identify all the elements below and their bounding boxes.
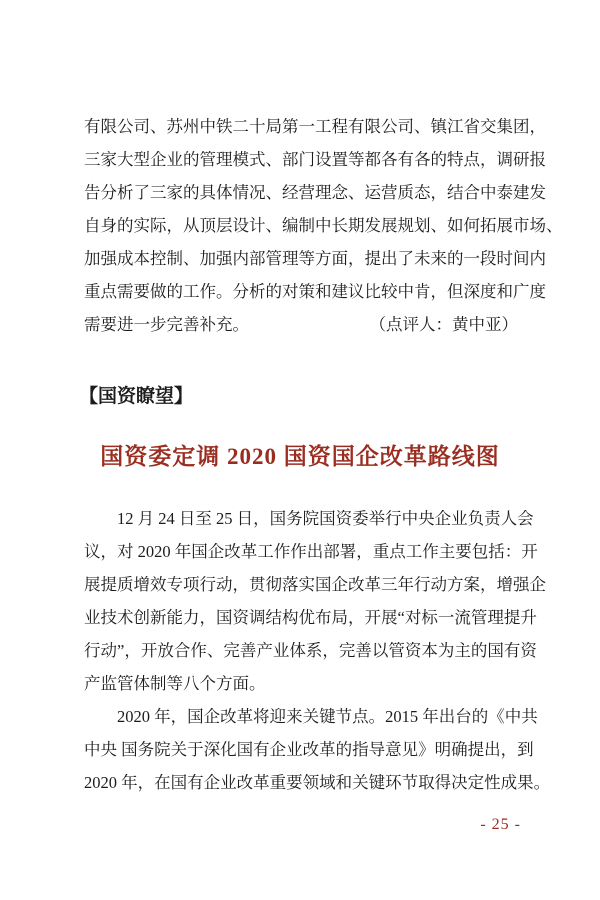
page-number: - 25 - — [480, 813, 521, 837]
text-line: 告分析了三家的具体情况、经营理念、运营质态，结合中泰建发 — [84, 176, 518, 209]
text-line: 自身的实际，从顶层设计、编制中长期发展规划、如何拓展市场、 — [84, 209, 518, 242]
text-line: 中央 国务院关于深化国有企业改革的指导意见》明确提出，到 — [84, 733, 518, 766]
text-line: 加强成本控制、加强内部管理等方面，提出了未来的一段时间内 — [84, 242, 518, 275]
text-line: 重点需要做的工作。分析的对策和建议比较中肯，但深度和广度 — [84, 275, 518, 308]
continuation-last-line-text: 需要进一步完善补充。 — [84, 308, 249, 341]
continuation-last-line: 需要进一步完善补充。 （点评人：黄中亚） — [84, 308, 518, 341]
document-page: 有限公司、苏州中铁二十局第一工程有限公司、镇江省交集团，三家大型企业的管理模式、… — [0, 0, 600, 900]
text-line: 12 月 24 日至 25 日，国务院国资委举行中央企业负责人会 — [84, 502, 518, 535]
continuation-paragraph-lines: 有限公司、苏州中铁二十局第一工程有限公司、镇江省交集团，三家大型企业的管理模式、… — [84, 110, 518, 308]
text-line: 产监管体制等八个方面。 — [84, 667, 518, 700]
text-line: 展提质增效专项行动，贯彻落实国企改革三年行动方案，增强企 — [84, 568, 518, 601]
text-line: 三家大型企业的管理模式、部门设置等都各有各的特点，调研报 — [84, 143, 518, 176]
text-line: 业技术创新能力，国资调结构优布局，开展“对标一流管理提升 — [84, 601, 518, 634]
article-paragraph-2: 2020 年，国企改革将迎来关键节点。2015 年出台的《中共中央 国务院关于深… — [84, 700, 518, 799]
text-line: 议，对 2020 年国企改革工作作出部署，重点工作主要包括：开 — [84, 535, 518, 568]
continuation-paragraph: 有限公司、苏州中铁二十局第一工程有限公司、镇江省交集团，三家大型企业的管理模式、… — [84, 110, 518, 341]
text-line: 2020 年，国企改革将迎来关键节点。2015 年出台的《中共 — [84, 700, 518, 733]
text-line: 有限公司、苏州中铁二十局第一工程有限公司、镇江省交集团， — [84, 110, 518, 143]
text-line: 行动”，开放合作、完善产业体系，完善以管资本为主的国有资 — [84, 634, 518, 667]
text-line: 2020 年，在国有企业改革重要领域和关键环节取得决定性成果。 — [84, 766, 518, 799]
section-header: 【国资瞭望】 — [79, 384, 193, 410]
reviewer-credit: （点评人：黄中亚） — [370, 308, 519, 341]
article-title: 国资委定调 2020 国资国企改革路线图 — [0, 441, 600, 473]
article-paragraph-1: 12 月 24 日至 25 日，国务院国资委举行中央企业负责人会议，对 2020… — [84, 502, 518, 700]
